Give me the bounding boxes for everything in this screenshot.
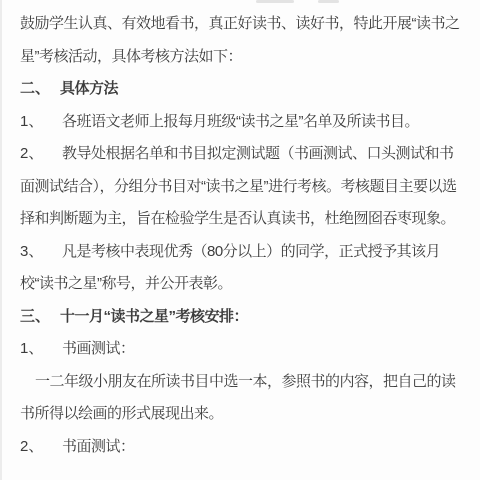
methods-item-3-text: 凡是考核中表现优秀（80分以上）的同学，正式授予其该月校“读书之星”称号，并公开… [20, 243, 440, 293]
document-page: 鼓励学生认真、有效地看书，真正好读书、读好书，特此开展“读书之星”考核活动，具体… [0, 0, 480, 480]
methods-item-1: 1、各班语文老师上报每月班级“读书之星”名单及所读书目。 [20, 106, 462, 139]
methods-item-2: 2、教导处根据名单和书目拟定测试题（书画测试、口头测试和书面测试结合），分组分书… [20, 138, 462, 236]
section-november-title: 十一月“读书之星”考核安排： [60, 308, 248, 325]
november-item-1-title-line: 1、书画测试： [20, 333, 462, 366]
methods-item-1-marker: 1、 [20, 106, 62, 139]
section-november-heading: 三、十一月“读书之星”考核安排： [20, 301, 462, 334]
section-methods-title: 具体方法 [60, 80, 118, 97]
section-methods-heading: 二、具体方法 [20, 73, 462, 106]
november-item-1-body: 一二年级小朋友在所读书目中选一本，参照书的内容，把自己的读书所得以绘画的形式展现… [20, 366, 462, 431]
document-body: 鼓励学生认真、有效地看书，真正好读书、读好书，特此开展“读书之星”考核活动，具体… [0, 0, 480, 463]
methods-item-2-marker: 2、 [20, 138, 62, 171]
intro-paragraph: 鼓励学生认真、有效地看书，真正好读书、读好书，特此开展“读书之星”考核活动，具体… [20, 8, 462, 73]
section-methods-marker: 二、 [20, 73, 60, 106]
methods-item-3: 3、凡是考核中表现优秀（80分以上）的同学，正式授予其该月校“读书之星”称号，并… [20, 236, 462, 301]
section-november-marker: 三、 [20, 301, 60, 334]
november-item-2-title-line: 2、书面测试： [20, 431, 462, 464]
november-item-1-title: 书画测试： [62, 340, 135, 357]
november-item-2-marker: 2、 [20, 431, 62, 464]
methods-item-2-text: 教导处根据名单和书目拟定测试题（书画测试、口头测试和书面测试结合），分组分书目对… [20, 145, 457, 227]
november-item-2-title: 书面测试： [62, 438, 135, 455]
methods-item-3-marker: 3、 [20, 236, 62, 269]
methods-item-1-text: 各班语文老师上报每月班级“读书之星”名单及所读书目。 [62, 113, 419, 130]
november-item-1-marker: 1、 [20, 333, 62, 366]
